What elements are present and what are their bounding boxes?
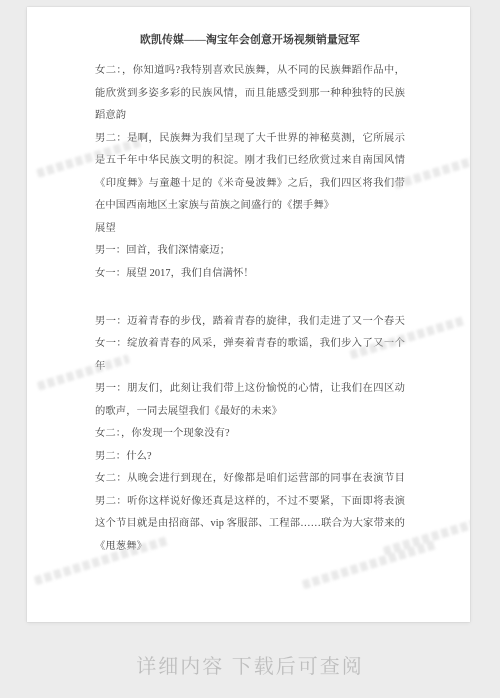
document-line: 这个节目就是由招商部、vip 客服部、工程部……联合为大家带来的 xyxy=(95,513,405,536)
document-line: 男一：迈着青春的步伐，踏着青春的旋律，我们走进了又一个春天 xyxy=(95,311,405,334)
document-line: 年 xyxy=(95,356,405,379)
document-line: 能欣赏到多姿多彩的民族风情，而且能感受到那一种种独特的民族舞 xyxy=(95,83,405,106)
document-line: 展望 xyxy=(95,218,405,241)
document-line: 男一：朋友们，此刻让我们带上这份愉悦的心情，让我们在四区动听 xyxy=(95,378,405,401)
document-line: 《印度舞》与童趣十足的《米奇曼波舞》之后，我们四区将我们带来 xyxy=(95,173,405,196)
document-line: 男二：是啊，民族舞为我们呈现了大千世界的神秘莫测，它所展示的 xyxy=(95,128,405,151)
document-line: 是五千年中华民族文明的积淀。刚才我们已经欣赏过来自南国风情的 xyxy=(95,150,405,173)
document-title: 欧凯传媒——淘宝年会创意开场视频销量冠军 xyxy=(95,29,405,51)
document-line: 女二：，你发现一个现象没有? xyxy=(95,423,405,446)
document-line: 男一：回首，我们深情豪迈； xyxy=(95,240,405,263)
document-line: 的歌声，一同去展望我们《最好的未来》 xyxy=(95,401,405,424)
document-line: 在中国西南地区土家族与苗族之间盛行的《摆手舞》 xyxy=(95,195,405,218)
watermark xyxy=(394,156,470,189)
document-line: 女二：，你知道吗?我特别喜欢民族舞，从不同的民族舞蹈作品中， xyxy=(95,60,405,83)
preview-background: 欧凯传媒——淘宝年会创意开场视频销量冠军 女二：，你知道吗?我特别喜欢民族舞，从… xyxy=(0,0,500,698)
document-line: 女二：从晚会进行到现在，好像都是咱们运营部的同事在表演节目 xyxy=(95,468,405,491)
document-line: 女一：绽放着青春的风采，弹奏着青春的歌谣，我们步入了又一个新 xyxy=(95,333,405,356)
document-line: 女一：展望 2017，我们自信满怀！ xyxy=(95,263,405,286)
document-line: 蹈意韵 xyxy=(95,105,405,128)
document-line: 男二：什么? xyxy=(95,446,405,469)
document-line: 男二：听你这样说好像还真是这样的，不过不要紧，下面即将表演的 xyxy=(95,491,405,514)
document-body: 女二：，你知道吗?我特别喜欢民族舞，从不同的民族舞蹈作品中，能欣赏到多姿多彩的民… xyxy=(95,60,405,558)
document-line: 《甩葱舞》 xyxy=(95,536,405,559)
document-page: 欧凯传媒——淘宝年会创意开场视频销量冠军 女二：，你知道吗?我特别喜欢民族舞，从… xyxy=(27,7,470,622)
download-hint: 详细内容 下载后可查阅 xyxy=(0,653,500,681)
document-line xyxy=(95,285,405,311)
